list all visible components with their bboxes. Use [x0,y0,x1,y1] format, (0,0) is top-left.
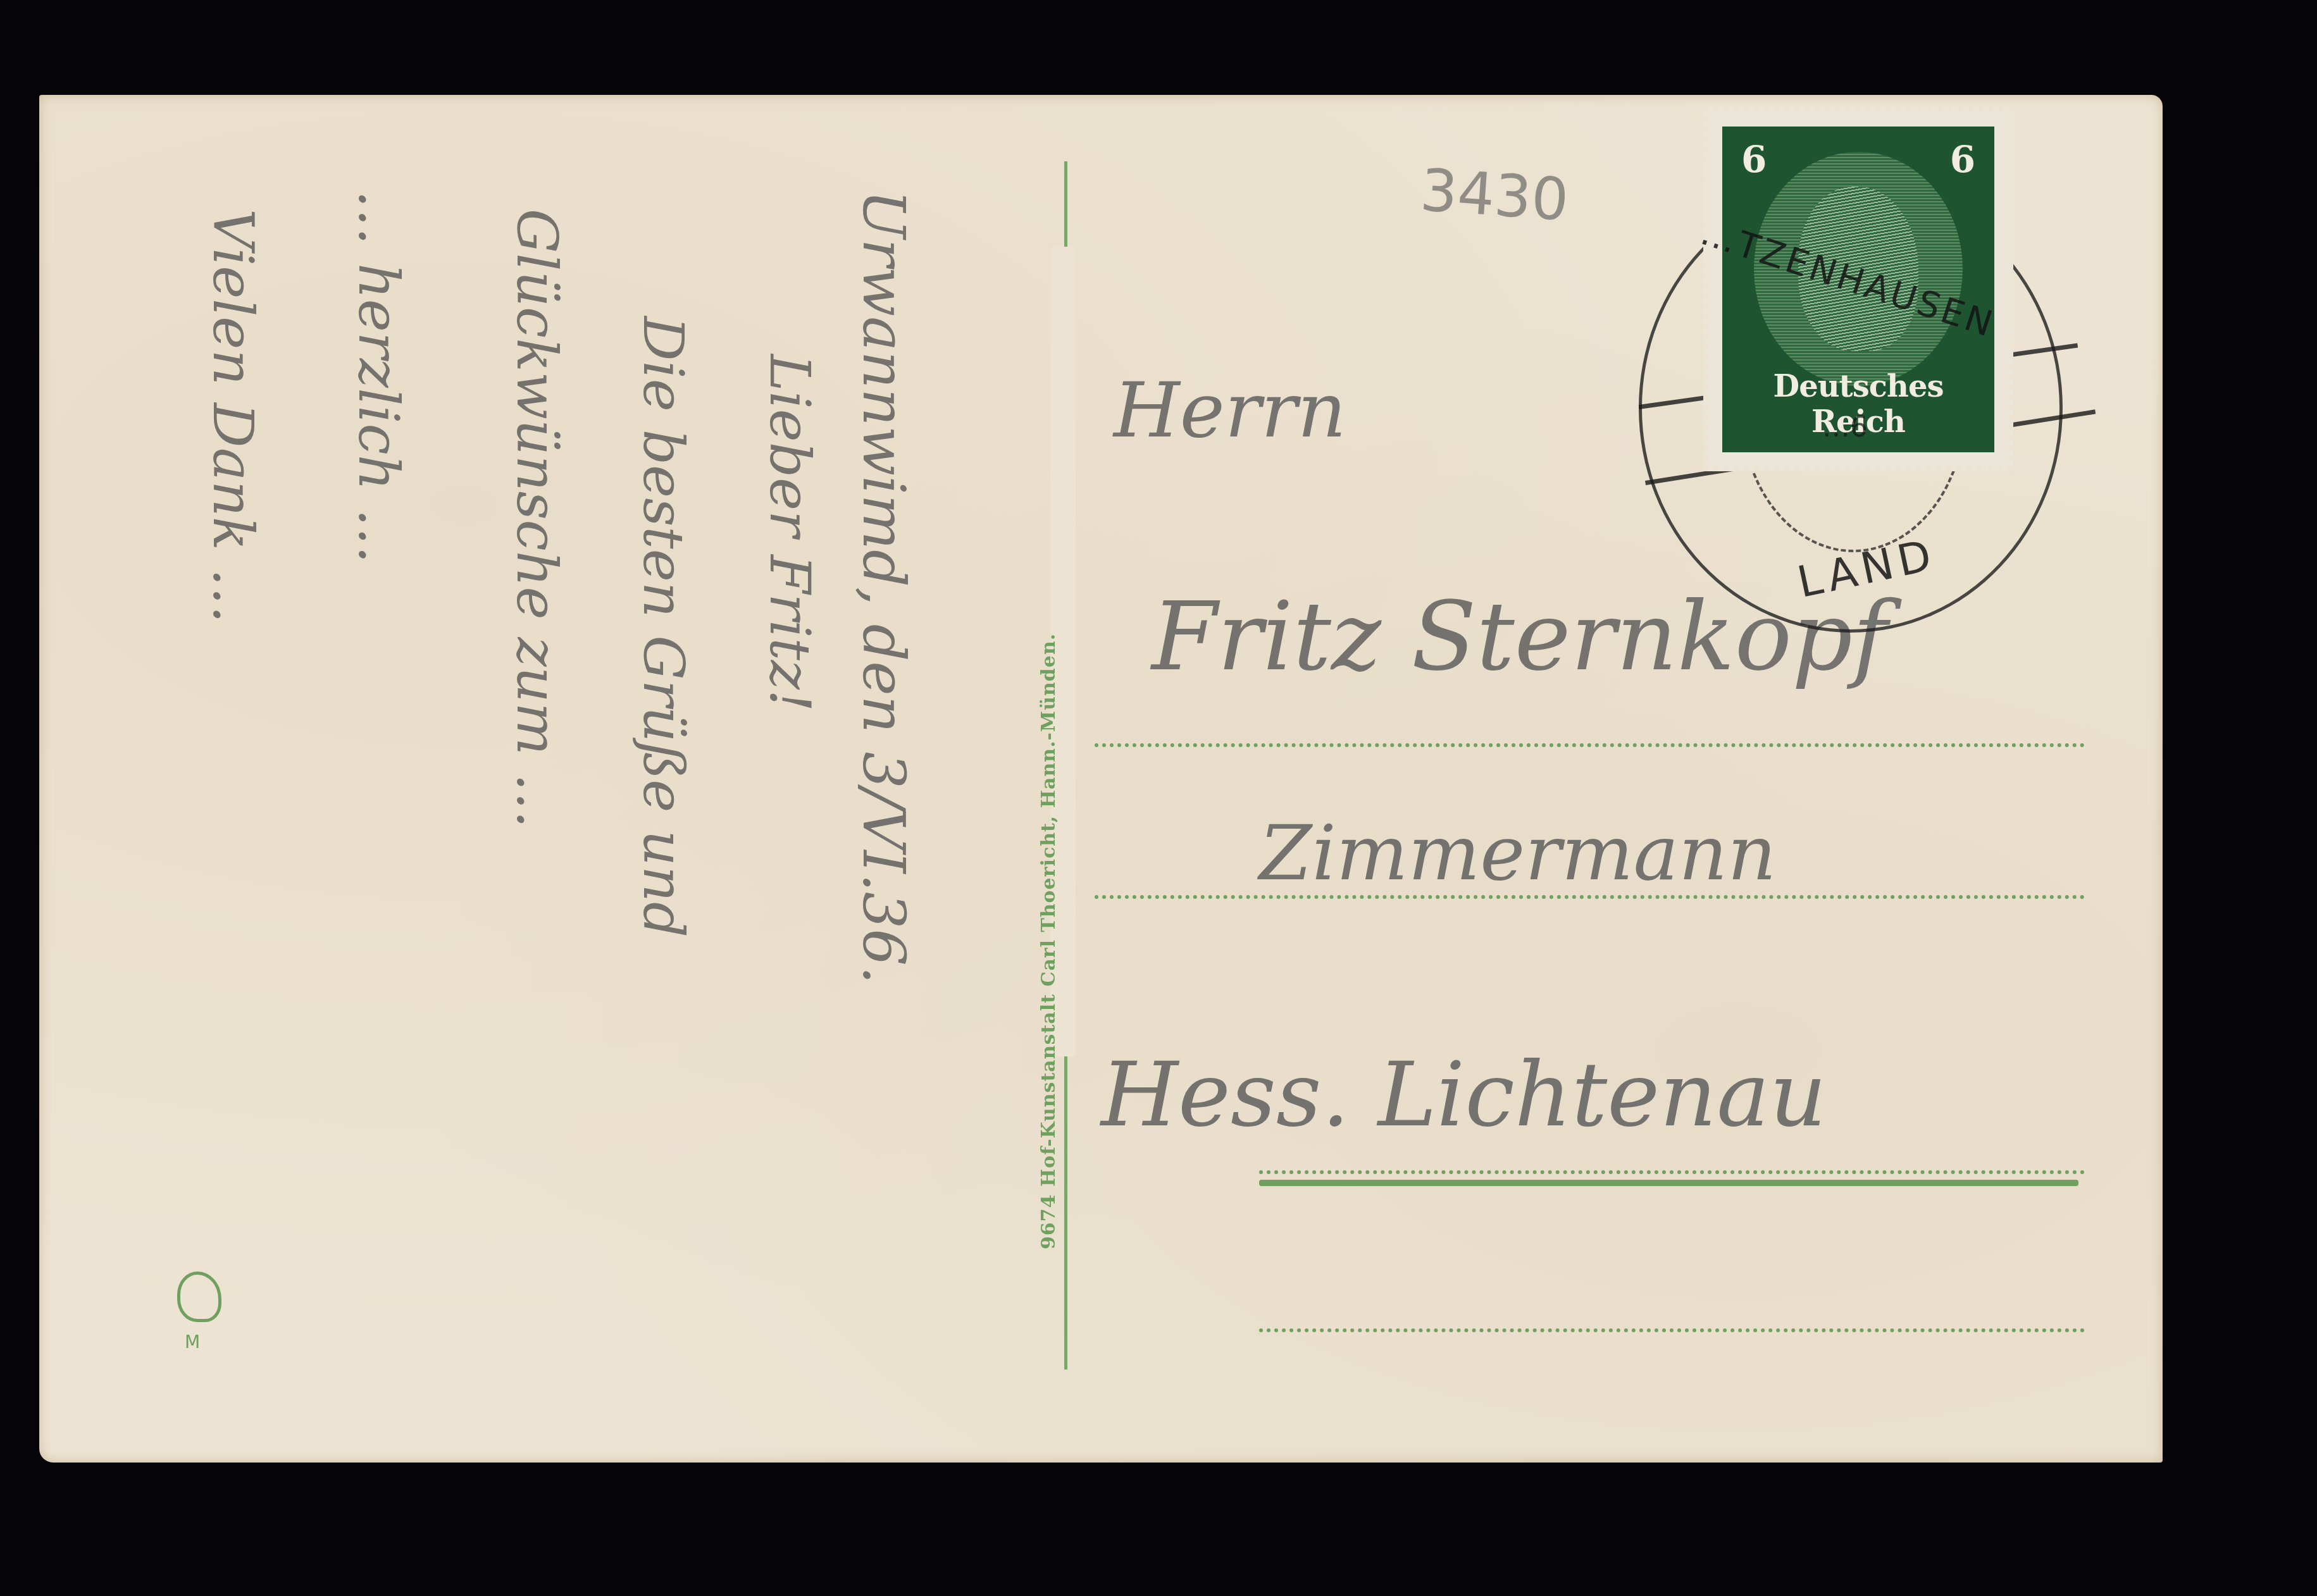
message-line-1: Urwannwimd, den 3/VI.36. [850,190,917,984]
address-line-1 [1095,743,2085,747]
stamp-value-right: 6 [1950,138,1975,181]
publisher-logo-letter: M [185,1332,200,1352]
printer-imprint: 9674 Hof-Kunstanstalt Carl Thoericht, Ha… [1038,633,1060,1249]
address-line-3 [1259,1170,2085,1174]
postmark-date: …6 [1822,411,1868,443]
address-salutation: Herrn [1114,367,1346,455]
address-occupation: Zimmermann [1259,810,1777,898]
stamp-value-left: 6 [1741,138,1767,181]
address-line-4 [1259,1328,2085,1332]
message-line-4: Glückwünsche zum … [504,209,569,829]
message-line-5: … herzlich … [346,190,411,564]
address-place: Hess. Lichtenau [1101,1044,1827,1147]
archive-number: 3430 [1419,156,1571,234]
message-line-2: Lieber Fritz! [757,354,823,712]
message-line-6: Vielen Dank … [201,209,266,624]
message-line-3: Die besten Grüße und [631,316,696,937]
address-line-3-underline [1259,1180,2078,1186]
